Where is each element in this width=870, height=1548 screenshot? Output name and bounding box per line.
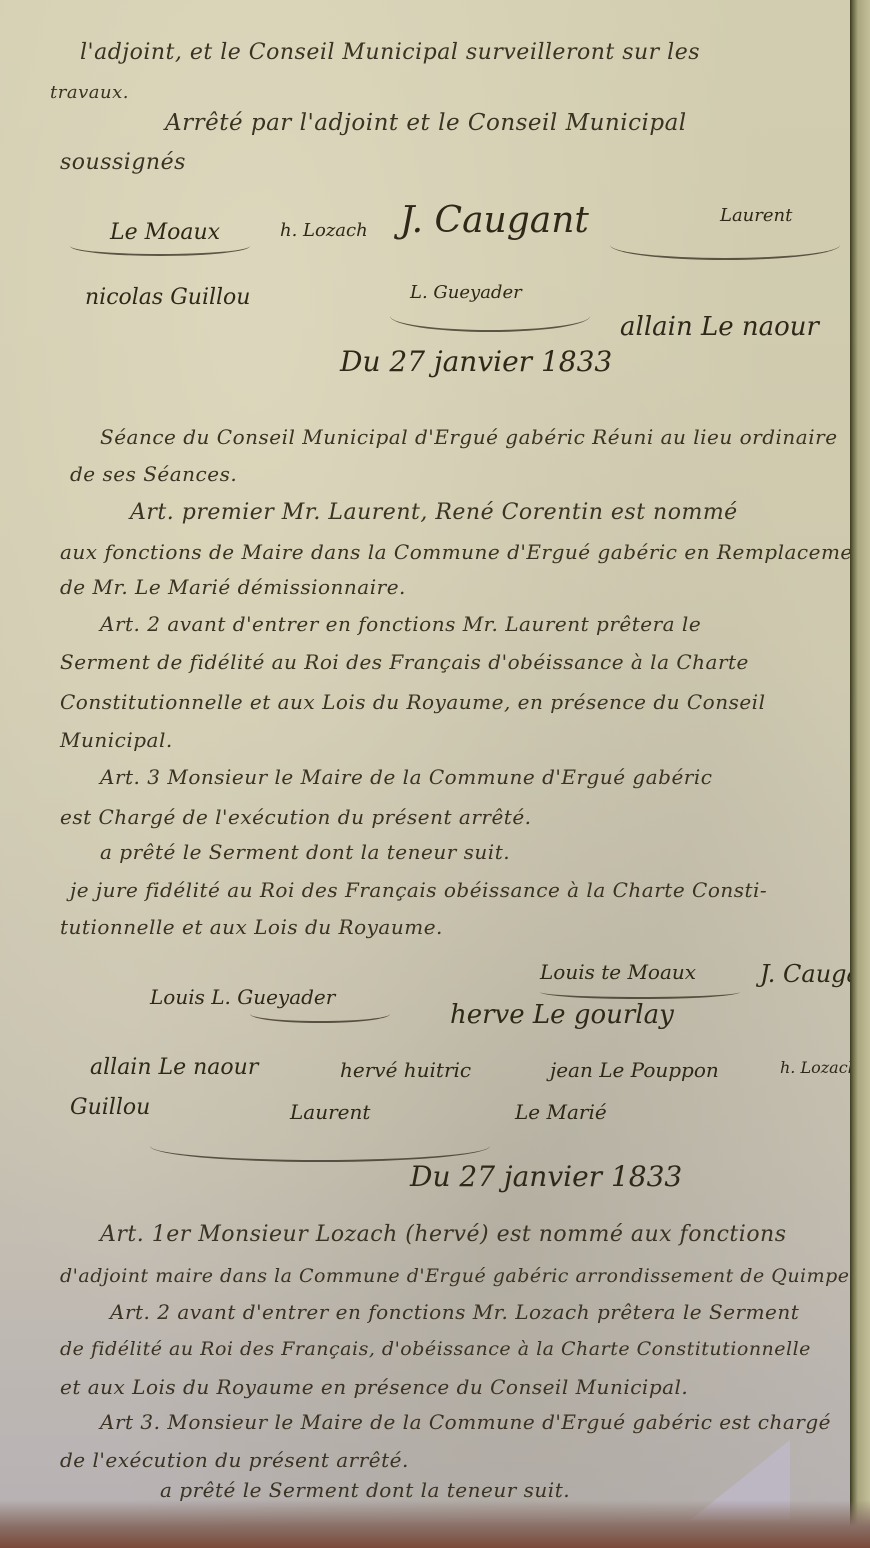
signature-flourish xyxy=(70,236,250,256)
text-line: soussignés xyxy=(60,150,186,175)
text-line: travaux. xyxy=(50,82,129,103)
page-bottom-edge xyxy=(0,1500,870,1548)
text-line: je jure fidélité au Roi des Français obé… xyxy=(70,878,767,902)
signature: h. Lozach xyxy=(780,1058,858,1077)
text-line: Arrêté par l'adjoint et le Conseil Munic… xyxy=(165,110,687,136)
text-line: Art. 3 Monsieur le Maire de la Commune d… xyxy=(100,765,712,789)
text-line: Art. premier Mr. Laurent, René Corentin … xyxy=(130,500,738,525)
signature: Laurent xyxy=(720,205,792,226)
text-line: tutionnelle et aux Lois du Royaume. xyxy=(60,915,443,939)
text-line: l'adjoint, et le Conseil Municipal surve… xyxy=(80,40,700,65)
text-line: de fidélité au Roi des Français, d'obéis… xyxy=(60,1338,811,1360)
signature-flourish xyxy=(540,985,740,999)
entry-date-heading: Du 27 janvier 1833 xyxy=(340,345,612,378)
text-line: Art. 2 avant d'entrer en fonctions Mr. L… xyxy=(100,612,701,636)
signature: herve Le gourlay xyxy=(450,1000,674,1030)
signature: Guillou xyxy=(70,1095,150,1120)
signature: allain Le naour xyxy=(90,1055,258,1080)
text-line: Séance du Conseil Municipal d'Ergué gabé… xyxy=(100,425,838,449)
text-line: Municipal. xyxy=(60,728,173,752)
manuscript-page: l'adjoint, et le Conseil Municipal surve… xyxy=(0,0,850,1548)
signature: Laurent xyxy=(290,1100,370,1124)
signature-flourish xyxy=(150,1130,490,1162)
entry-date-heading: Du 27 janvier 1833 xyxy=(410,1160,682,1193)
text-line: aux fonctions de Maire dans la Commune d… xyxy=(60,540,870,564)
signature-flourish xyxy=(390,300,590,332)
signature: J. Caugant xyxy=(400,200,589,241)
signature: hervé huitric xyxy=(340,1058,471,1082)
signature: nicolas Guillou xyxy=(85,285,250,310)
text-line: Art. 1er Monsieur Lozach (hervé) est nom… xyxy=(100,1222,787,1247)
signature: h. Lozach xyxy=(280,220,368,241)
text-line: est Chargé de l'exécution du présent arr… xyxy=(60,805,532,829)
text-line: Serment de fidélité au Roi des Français … xyxy=(60,650,749,674)
text-line: Constitutionnelle et aux Lois du Royaume… xyxy=(60,690,765,714)
text-line: a prêté le Serment dont la teneur suit. xyxy=(160,1478,570,1502)
text-line: a prêté le Serment dont la teneur suit. xyxy=(100,840,510,864)
book-spine xyxy=(850,0,870,1548)
text-line: Art 3. Monsieur le Maire de la Commune d… xyxy=(100,1410,831,1434)
signature-flourish xyxy=(610,230,840,260)
text-line: et aux Lois du Royaume en présence du Co… xyxy=(60,1375,688,1399)
text-line: de ses Séances. xyxy=(70,462,237,486)
text-line: d'adjoint maire dans la Commune d'Ergué … xyxy=(60,1265,859,1287)
signature: jean Le Pouppon xyxy=(550,1058,719,1082)
signature: Le Marié xyxy=(515,1100,607,1124)
signature: Louis te Moaux xyxy=(540,960,696,984)
text-line: de l'exécution du présent arrêté. xyxy=(60,1448,409,1472)
text-line: Art. 2 avant d'entrer en fonctions Mr. L… xyxy=(110,1300,799,1324)
signature: allain Le naour xyxy=(620,312,819,342)
text-line: de Mr. Le Marié démissionnaire. xyxy=(60,575,406,599)
signature-flourish xyxy=(250,1005,390,1023)
